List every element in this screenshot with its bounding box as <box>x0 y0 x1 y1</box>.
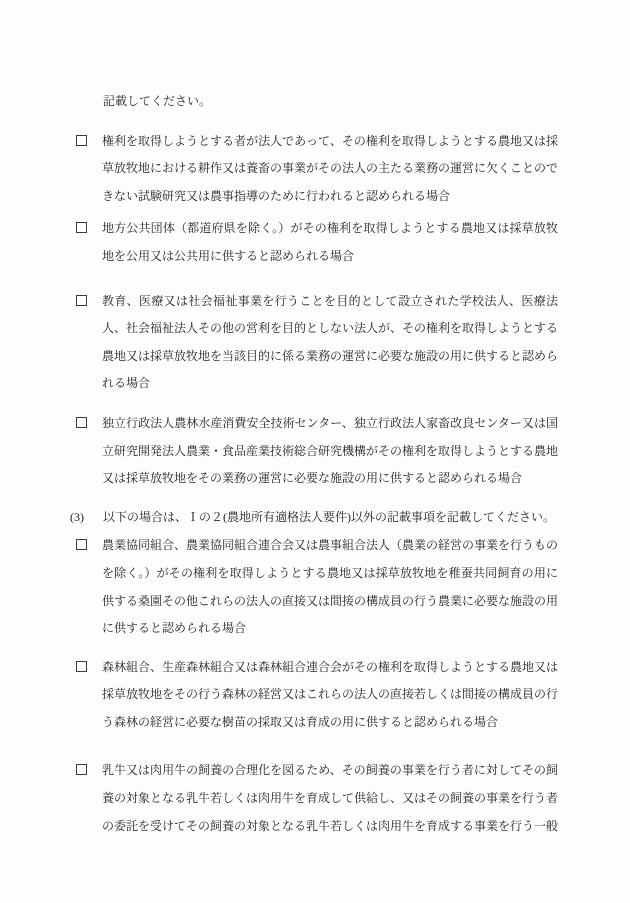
section-3-heading: (3) 以下の場合は、Ｉの２(農地所有適格法人要件)以外の記載事項を記載してくだ… <box>75 504 559 532</box>
checkbox-item-text: 乳牛又は肉用牛の飼養の合理化を図るため、その飼養の事業を行う者に対してその飼養の… <box>102 757 558 840</box>
document-page: 記載してください。 権利を取得しようとする者が法人であって、その権利を取得しよう… <box>0 0 630 903</box>
intro-continuation-text: 記載してください。 <box>75 88 559 116</box>
checkbox-item: 教育、医療又は社会福祉事業を行うことを目的として設立された学校法人、医療法人、社… <box>75 288 559 398</box>
section-heading-text: 以下の場合は、Ｉの２(農地所有適格法人要件)以外の記載事項を記載してください。 <box>103 504 559 532</box>
checkbox-icon <box>76 764 87 775</box>
checkbox-icon <box>76 661 87 672</box>
checkbox-item: 権利を取得しようとする者が法人であって、その権利を取得しようとする農地又は採草放… <box>75 128 559 211</box>
checkbox-item-text: 権利を取得しようとする者が法人であって、その権利を取得しようとする農地又は採草放… <box>102 128 558 211</box>
checkbox-item-text: 森林組合、生産森林組合又は森林組合連合会がその権利を取得しようとする農地又は採草… <box>102 654 558 737</box>
section-number: (3) <box>70 504 103 532</box>
checkbox-icon <box>76 135 87 146</box>
checkbox-item: 乳牛又は肉用牛の飼養の合理化を図るため、その飼養の事業を行う者に対してその飼養の… <box>75 757 559 840</box>
checkbox-item: 独立行政法人農林水産消費安全技術センター、独立行政法人家畜改良センター又は国立研… <box>75 410 559 493</box>
document-body: 記載してください。 権利を取得しようとする者が法人であって、その権利を取得しよう… <box>75 88 559 840</box>
checkbox-item: 地方公共団体（都道府県を除く。）がその権利を取得しようとする農地又は採草放牧地を… <box>75 215 559 270</box>
checkbox-item-text: 教育、医療又は社会福祉事業を行うことを目的として設立された学校法人、医療法人、社… <box>102 288 558 398</box>
checkbox-item-text: 農業協同組合、農業協同組合連合会又は農事組合法人（農業の経営の事業を行うものを除… <box>102 532 558 642</box>
checkbox-item-text: 独立行政法人農林水産消費安全技術センター、独立行政法人家畜改良センター又は国立研… <box>102 410 558 493</box>
checkbox-item: 農業協同組合、農業協同組合連合会又は農事組合法人（農業の経営の事業を行うものを除… <box>75 532 559 642</box>
checkbox-item: 森林組合、生産森林組合又は森林組合連合会がその権利を取得しようとする農地又は採草… <box>75 654 559 737</box>
checkbox-item-text: 地方公共団体（都道府県を除く。）がその権利を取得しようとする農地又は採草放牧地を… <box>102 215 558 270</box>
checkbox-icon <box>76 539 87 550</box>
checkbox-icon <box>76 222 87 233</box>
checkbox-icon <box>76 417 87 428</box>
checkbox-icon <box>76 295 87 306</box>
